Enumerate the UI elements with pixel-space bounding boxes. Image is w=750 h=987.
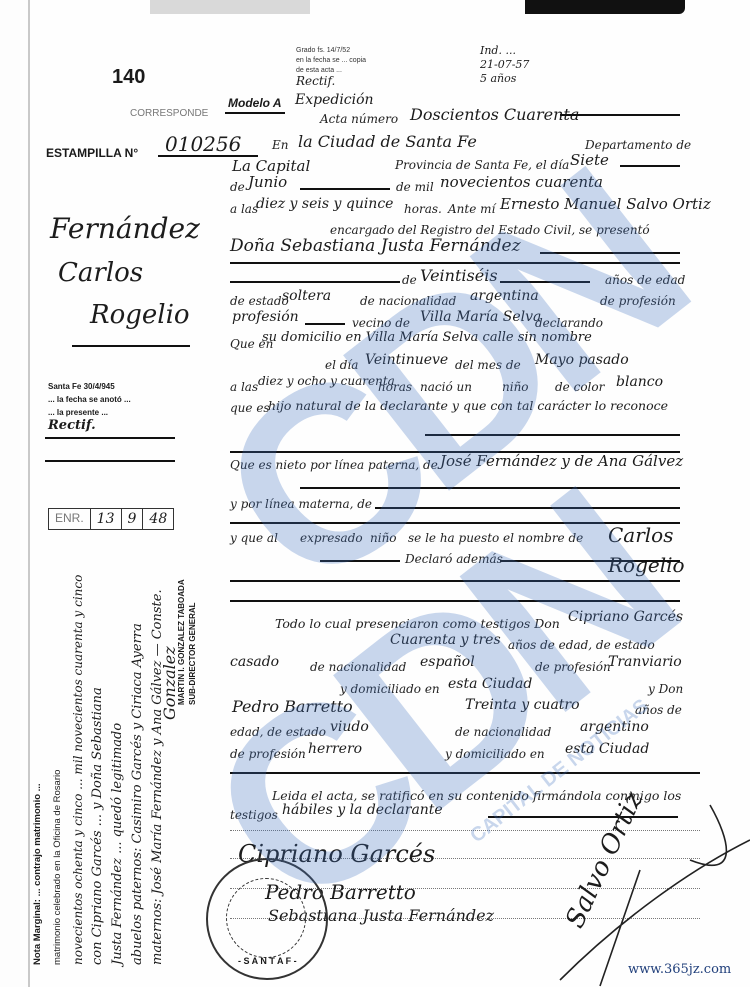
signature-strokes xyxy=(540,800,750,987)
corresponde-label: CORRESPONDE xyxy=(130,108,208,119)
acta-label: Acta número xyxy=(320,112,398,126)
scan-shadow xyxy=(150,0,310,14)
side-note-top: Grado fs. 14/7/52 en la fecha se ... cop… xyxy=(296,46,366,86)
ciudad: la Ciudad de Santa Fe xyxy=(298,132,477,151)
modelo-label: Modelo A xyxy=(228,96,282,110)
estampilla-number: 010256 xyxy=(165,132,241,156)
enr-stamp: ENR. 13 9 48 xyxy=(48,508,174,530)
margin-nombre-1: Carlos xyxy=(58,258,143,288)
modelo-hand: Expedición xyxy=(295,92,374,108)
acta-number: Doscientos Cuarenta xyxy=(410,105,579,124)
top-right-note: Ind. ... 21-07-57 5 años xyxy=(480,44,529,86)
hora: diez y seis y quince xyxy=(256,196,393,212)
scan-edge xyxy=(525,0,685,14)
estampilla-label: ESTAMPILLA N° xyxy=(46,146,138,160)
folio-number: 140 xyxy=(112,66,145,89)
footer-url: www.365jz.com xyxy=(628,962,731,977)
margin-nota: Santa Fe 30/4/945 ... la fecha se anotó … xyxy=(48,380,131,432)
mes: Junio xyxy=(248,173,287,191)
margin-apellido: Fernández xyxy=(50,212,200,245)
margin-nombre-2: Rogelio xyxy=(90,300,190,330)
